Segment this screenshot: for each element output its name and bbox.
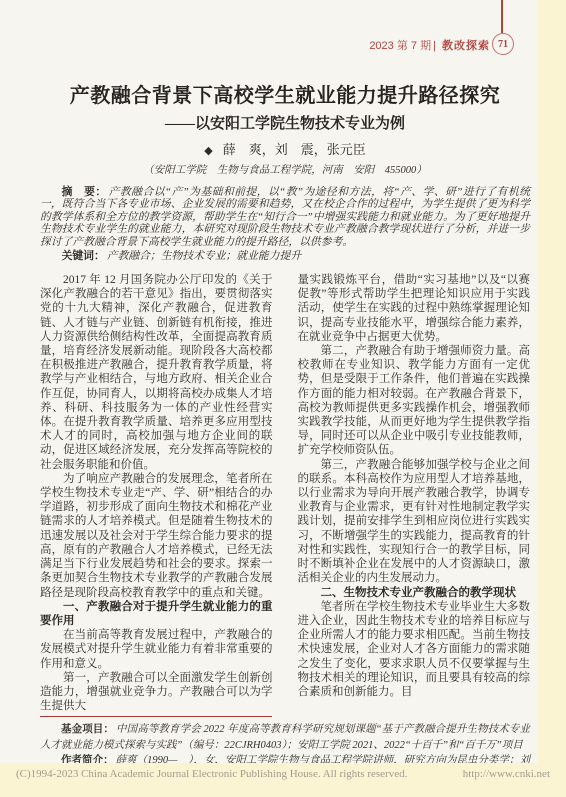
affiliation: （安阳工学院 生物与食品工程学院，河南 安阳 455000） [40,164,530,177]
body-paragraph: 第三，产教融合能够加强学校与企业之间的联系。本科高校作为应用型人才培养基地，以行… [298,458,531,586]
diamond-icon: ◆ [204,145,212,157]
journal-page: 71 2023 第 7 期| 教改探索 产教融合背景下高校学生就业能力提升路径探… [0,0,566,797]
right-column: 量实践锻炼平台，借助“实习基地”以及“以赛促教”等形式帮助学生把理论知识应用于实… [298,273,531,713]
page-number-badge: 71 [492,33,514,55]
body-paragraph: 第二，产教融合有助于增强师资力量。高校教师在专业知识、教学能力方面有一定优势，但… [298,344,531,458]
article-title: 产教融合背景下高校学生就业能力提升路径探究 [40,83,530,109]
footnote-separator-rule [40,716,272,717]
body-paragraph: 2017 年 12 月国务院办公厅印发的《关于深化产教融合的若干意见》指出，要贯… [40,273,273,472]
keywords-line: 关键词：产教融合；生物技术专业；就业能力提升 [40,250,530,263]
body-columns: 2017 年 12 月国务院办公厅印发的《关于深化产教融合的若干意见》指出，要贯… [40,273,530,713]
copyright-footer: (C)1994-2023 China Academic Journal Elec… [0,763,566,797]
body-paragraph: 在当前高等教育发展过程中，产教融合的发展模式对提升学生就业能力有着非常重要的作用… [40,628,273,671]
article-subtitle: ——以安阳工学院生物技术专业为例 [40,114,530,134]
body-paragraph: 为了响应产教融合的发展理念，笔者所在学校生物技术专业走“产、学、研”相结合的办学… [40,472,273,600]
copyright-text: (C)1994-2023 China Academic Journal Elec… [16,768,407,797]
body-paragraph: 量实践锻炼平台，借助“实习基地”以及“以赛促教”等形式帮助学生把理论知识应用于实… [298,273,531,344]
abstract-label: 摘 要： [62,186,107,198]
header-separator: | [433,40,436,52]
journal-column-name: 教改探索 [442,40,490,52]
keywords-label: 关键词： [62,250,105,262]
article-content: 产教融合背景下高校学生就业能力提升路径探究 ——以安阳工学院生物技术专业为例 ◆… [0,83,566,797]
section-heading-1: 一、产教融合对于提升学生就业能力的重要作用 [40,600,273,628]
page-number: 71 [498,39,508,50]
body-paragraph: 笔者所在学校生物技术专业毕业生大多数进入企业，因此生物技术专业的培养目标应与企业… [298,600,531,699]
fund-project-label: 基金项目： [61,724,114,735]
journal-header: 2023 第 7 期| 教改探索 [369,37,490,53]
abstract-text: 产教融合以“产”为基础和前提，以“教”为途径和方法，将“产、学、研”进行了有机统… [40,186,530,248]
body-paragraph: 第一，产教融合可以全面激发学生创新创造能力，增强就业竞争力。产教融合可以为学生提… [40,671,273,714]
author-names: 薛 爽，刘 震，张元臣 [223,142,366,157]
keywords-text: 产教融合；生物技术专业；就业能力提升 [107,250,301,262]
fund-project-line: 基金项目：中国高等教育学会 2022 年度高等教育科学研究规划课题“基于产教融合… [40,722,530,753]
left-column: 2017 年 12 月国务院办公厅印发的《关于深化产教融合的若干意见》指出，要贯… [40,273,273,713]
cnki-url: http://www.cnki.net [463,768,550,797]
header-vertical-rule [501,0,503,33]
journal-issue: 2023 第 7 期 [369,40,431,52]
abstract-paragraph: 摘 要：产教融合以“产”为基础和前提，以“教”为途径和方法，将“产、学、研”进行… [40,186,530,248]
author-line: ◆薛 爽，刘 震，张元臣 [40,141,530,160]
page-edge-strip [538,0,566,797]
section-heading-2: 二、生物技术专业产教融合的教学现状 [298,586,531,600]
